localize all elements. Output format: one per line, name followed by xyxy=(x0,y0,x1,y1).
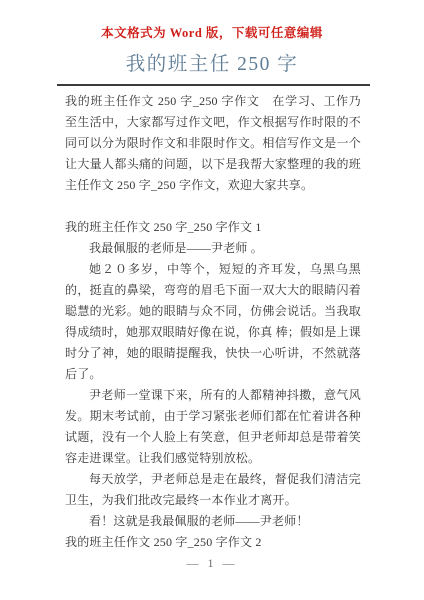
title-divider xyxy=(57,84,370,86)
paragraph: 她２０多岁，中等个，短短的齐耳发，乌黑乌黑的，挺直的鼻梁，弯弯的眉毛下面一双大大… xyxy=(65,259,361,385)
blank-line xyxy=(65,196,361,217)
page-number: — 1 — xyxy=(0,556,424,571)
page-title: 我的班主任 250 字 xyxy=(0,48,424,76)
paragraph: 我的班主任作文 250 字_250 字作文 1 xyxy=(65,217,361,238)
paragraph: 尹老师一堂课下来，所有的人都精神抖擞，意气风发。期末考试前，由于学习紧张老师们都… xyxy=(65,385,361,469)
word-format-notice: 本文格式为 Word 版，下载可任意编辑 xyxy=(0,23,424,41)
document-page: 本文格式为 Word 版，下载可任意编辑 我的班主任 250 字 我的班主任作文… xyxy=(0,0,424,600)
paragraph: 每天放学，尹老师总是走在最终，督促我们清洁完卫生，为我们批改完最终一本作业才离开… xyxy=(65,469,361,511)
paragraph: 我的班主任作文 250 字_250 字作文 在学习、工作乃至生活中，大家都写过作… xyxy=(65,91,361,196)
paragraph: 我的班主任作文 250 字_250 字作文 2 xyxy=(65,532,361,553)
essay-body: 我的班主任作文 250 字_250 字作文 在学习、工作乃至生活中，大家都写过作… xyxy=(65,91,361,553)
paragraph: 我最佩服的老师是——尹老师 。 xyxy=(65,238,361,259)
paragraph: 看！这就是我最佩服的老师——尹老师！ xyxy=(65,511,361,532)
